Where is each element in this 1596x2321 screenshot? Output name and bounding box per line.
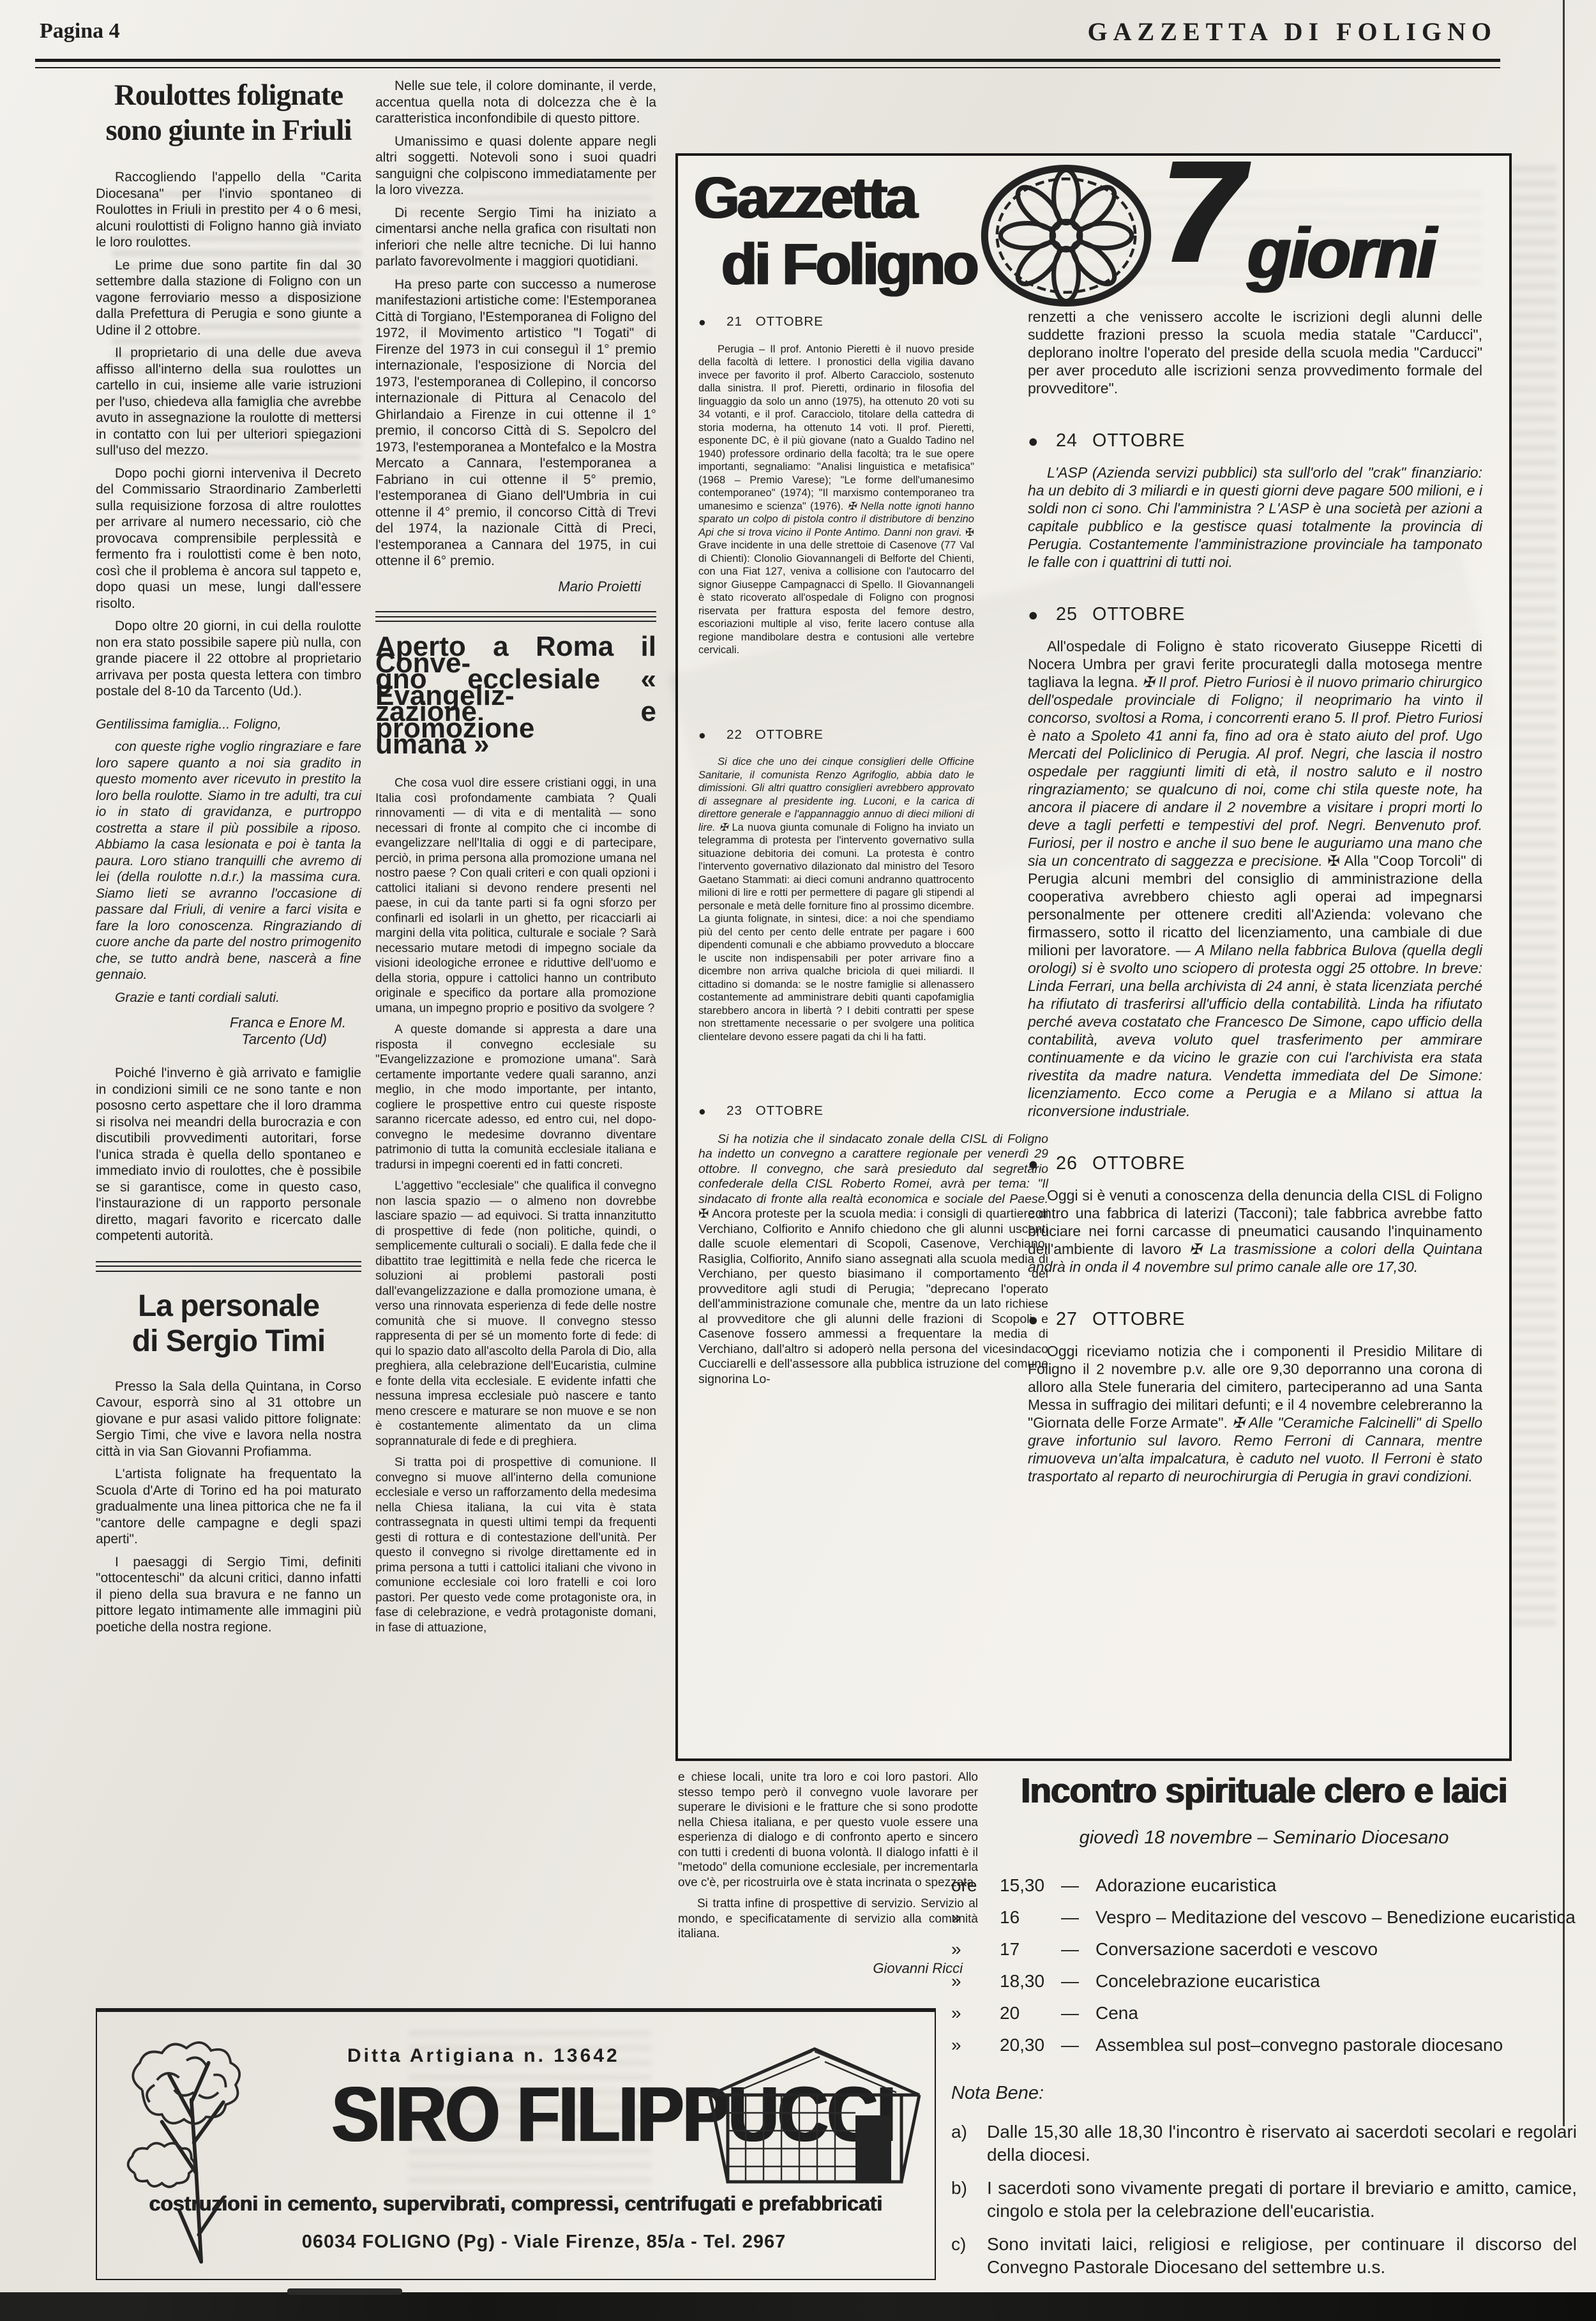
diary-entry-23-october: 23 OTTOBRE Si ha notizia che il sindacat… [698,1105,974,1387]
schedule-row: » 20,30 — Assemblea sul post–convegno pa… [951,2034,1577,2056]
incontro-notes: a) Dalle 15,30 alle 18,30 l'incontro è r… [951,2121,1577,2279]
diary-entry-26-october: 26 OTTOBRE Oggi si è venuti a conoscenza… [1028,1154,1482,1276]
house-icon [702,2041,926,2191]
reader-letter: Gentilissima famiglia... Foligno, con qu… [96,716,361,1006]
paragraph: Umanissimo e quasi dolente appare negli … [375,133,656,199]
paragraph: I paesaggi di Sergio Timi, definiti "ott… [96,1554,361,1636]
column-3-continuation: e chiese locali, unite tra loro e coi lo… [678,1770,978,1976]
schedule-time: 15,30 [1000,1874,1061,1896]
paragraph: Ha preso parte con successo a numerose m… [375,276,656,570]
newspaper-name-header: GAZZETTA DI FOLIGNO [1088,17,1497,47]
schedule-pre: » [951,2002,1000,2024]
diary-entry-25-october: 25 OTTOBRE All'ospedale di Foligno è sta… [1028,605,1482,1120]
note-item: c) Sono invitati laici, religiosi e reli… [951,2233,1577,2279]
note-text: Sono invitati laici, religiosi e religio… [987,2233,1577,2279]
title-line: Roulottes folignate [114,79,343,112]
entry-text: Si dice che uno dei cinque consiglieri d… [698,755,974,1043]
diary-entry-21-october: 21 OTTOBRE Perugia – Il prof. Antonio Pi… [698,315,974,657]
advertisement-siro-filippucci: Ditta Artigiana n. 13642 SIRO FILIPPUCCI… [96,2008,936,2280]
paragraph: Dopo pochi giorni interveniva il Decreto… [96,465,361,612]
letter-body: con queste righe voglio ringraziare e fa… [96,739,361,983]
article-roulottes-title: Roulottes folignate sono giunte in Friul… [96,78,361,147]
entry-date: 26 OTTOBRE [1028,1154,1482,1172]
schedule-dash: — [1061,1874,1095,1896]
schedule-pre: » [951,1938,1000,1960]
entry-text: Oggi riceviamo notizia che i componenti … [1028,1342,1482,1485]
paragraph: Si tratta infine di prospettive di servi… [678,1896,978,1942]
schedule-pre: » [951,1906,1000,1928]
schedule-activity: Assemblea sul post–convegno pastorale di… [1095,2034,1577,2056]
letter-opening: Gentilissima famiglia... Foligno, [96,716,361,733]
incontro-title: Incontro spirituale clero e laici [951,1770,1577,1811]
section-divider [96,1261,361,1272]
article-signature: Giovanni Ricci [678,1961,978,1976]
paragraph: L'aggettivo "ecclesiale" che qualifica i… [375,1179,656,1449]
ad-registration-number: Ditta Artigiana n. 13642 [347,2045,620,2067]
schedule-time: 16 [1000,1906,1061,1928]
schedule-dash: — [1061,1970,1095,1992]
schedule-time: 20 [1000,2002,1061,2024]
entry-text: Perugia – Il prof. Antonio Pieretti è il… [698,343,974,657]
paragraph: L'artista folignate ha frequentato la Sc… [96,1466,361,1548]
section-divider [375,611,656,622]
masthead-seven: 7 [1162,129,1239,296]
masthead-title-line2: di Foligno [721,231,976,298]
paragraph: Le prime due sono partite fin dal 30 set… [96,257,361,339]
diary-entry-24-october: 24 OTTOBRE L'ASP (Azienda servizi pubbli… [1028,432,1482,571]
nota-bene-label: Nota Bene: [951,2083,1577,2104]
entry-date: 21 OTTOBRE [698,315,974,329]
note-text: I sacerdoti sono vivamente pregati di po… [987,2177,1577,2223]
title-line: di Sergio Timi [132,1324,326,1358]
schedule-row: » 20 — Cena [951,2002,1577,2024]
title-line: sono giunte in Friuli [105,114,351,147]
masthead-giorni: giorni [1247,212,1434,294]
schedule-pre: » [951,1970,1000,1992]
entry-text: L'ASP (Azienda servizi pubblici) sta sul… [1028,464,1482,571]
rosette-icon [977,165,1156,310]
paragraph: A queste domande si appresta a dare una … [375,1022,656,1172]
incontro-subtitle: giovedì 18 novembre – Seminario Diocesan… [951,1827,1577,1848]
entry-text: Si ha notizia che il sindacato zonale de… [698,1132,1048,1387]
column-1: Roulottes folignate sono giunte in Friul… [96,78,361,1642]
paragraph: Presso la Sala della Quintana, in Corso … [96,1379,361,1460]
tree-icon [105,2026,303,2269]
weekbox-left-column: 21 OTTOBRE Perugia – Il prof. Antonio Pi… [698,315,974,1387]
note-label: b) [951,2177,987,2223]
scan-edge-band [0,2292,1596,2321]
entry-text: Oggi si è venuti a conoscenza della denu… [1028,1186,1482,1276]
entry-date: 25 OTTOBRE [1028,605,1482,623]
entry-date: 27 OTTOBRE [1028,1310,1482,1328]
title-line: La personale [138,1289,319,1323]
entry-date: 23 OTTOBRE [698,1105,974,1118]
show-through-text [1512,166,1556,1635]
weekbox-right-column: renzetti a che venissero accolte le iscr… [1028,308,1482,1485]
entry-continuation-text: renzetti a che venissero accolte le iscr… [1028,308,1482,397]
article-signature: Mario Proietti [375,578,656,595]
schedule-dash: — [1061,1938,1095,1960]
column-2: Nelle sue tele, il colore dominante, il … [375,78,656,1642]
schedule-dash: — [1061,2002,1095,2024]
article-convegno-title: Aperto a Roma il Conve- gno ecclesiale «… [375,639,656,753]
paragraph: Nelle sue tele, il colore dominante, il … [375,78,656,127]
entry-date: 22 OTTOBRE [698,729,974,742]
schedule-time: 20,30 [1000,2034,1061,2056]
schedule-row: » 18,30 — Concelebrazione eucaristica [951,1970,1577,1992]
schedule-activity: Cena [1095,2002,1577,2024]
ad-address: 06034 FOLIGNO (Pg) - Viale Firenze, 85/a… [257,2232,831,2253]
note-item: b) I sacerdoti sono vivamente pregati di… [951,2177,1577,2223]
diary-entry-27-october: 27 OTTOBRE Oggi riceviamo notizia che i … [1028,1310,1482,1485]
schedule-pre: ore [951,1874,1000,1896]
paragraph: Di recente Sergio Timi ha iniziato a cim… [375,205,656,270]
schedule-row: » 17 — Conversazione sacerdoti e vescovo [951,1938,1577,1960]
letter-closing: Grazie e tanti cordiali saluti. [96,990,361,1006]
entry-text: All'ospedale di Foligno è stato ricovera… [1028,637,1482,1120]
note-text: Dalle 15,30 alle 18,30 l'incontro è rise… [987,2121,1577,2166]
masthead-title-line1: Gazzetta [694,165,915,232]
article-sergio-timi-title: La personale di Sergio Timi [96,1289,361,1359]
note-label: a) [951,2121,987,2166]
diary-entry-22-october: 22 OTTOBRE Si dice che uno dei cinque co… [698,729,974,1044]
note-label: c) [951,2233,987,2279]
note-item: a) Dalle 15,30 alle 18,30 l'incontro è r… [951,2121,1577,2166]
schedule-activity: Conversazione sacerdoti e vescovo [1095,1938,1577,1960]
title-line: umana » [375,729,490,760]
header-rule [35,59,1500,68]
incontro-schedule: ore 15,30 — Adorazione eucaristica » 16 … [951,1874,1577,2056]
paragraph: e chiese locali, unite tra loro e coi lo… [678,1770,978,1890]
schedule-time: 17 [1000,1938,1061,1960]
schedule-activity: Vespro – Meditazione del vescovo – Bened… [1095,1906,1577,1928]
schedule-row: ore 15,30 — Adorazione eucaristica [951,1874,1577,1896]
letter-signature-place: Tarcento (Ud) [96,1031,361,1048]
newspaper-page: Pagina 4 GAZZETTA DI FOLIGNO Roulottes f… [0,0,1596,2321]
schedule-activity: Adorazione eucaristica [1095,1874,1577,1896]
paragraph: Che cosa vuol dire essere cristiani oggi… [375,776,656,1016]
paragraph: Dopo oltre 20 giorni, in cui della roulo… [96,618,361,700]
schedule-time: 18,30 [1000,1970,1061,1992]
paragraph: Si tratta poi di prospettive di comunion… [375,1455,656,1635]
paragraph: Il proprietario di una delle due aveva a… [96,345,361,459]
letter-signature: Franca e Enore M. [96,1015,361,1031]
seven-days-box: Gazzetta di Foligno 7 giorni [675,153,1512,1761]
entry-date: 24 OTTOBRE [1028,432,1482,450]
convegno-body: Che cosa vuol dire essere cristiani oggi… [375,776,656,1635]
page-number-label: Pagina 4 [40,19,120,43]
schedule-dash: — [1061,2034,1095,2056]
incontro-section: Incontro spirituale clero e laici gioved… [951,1770,1577,2289]
schedule-activity: Concelebrazione eucaristica [1095,1970,1577,1992]
schedule-row: » 16 — Vespro – Meditazione del vescovo … [951,1906,1577,1928]
schedule-pre: » [951,2034,1000,2056]
paragraph: Poiché l'inverno è già arrivato e famigl… [96,1065,361,1244]
schedule-dash: — [1061,1906,1095,1928]
paragraph: Raccogliendo l'appello della "Carita Dio… [96,169,361,251]
